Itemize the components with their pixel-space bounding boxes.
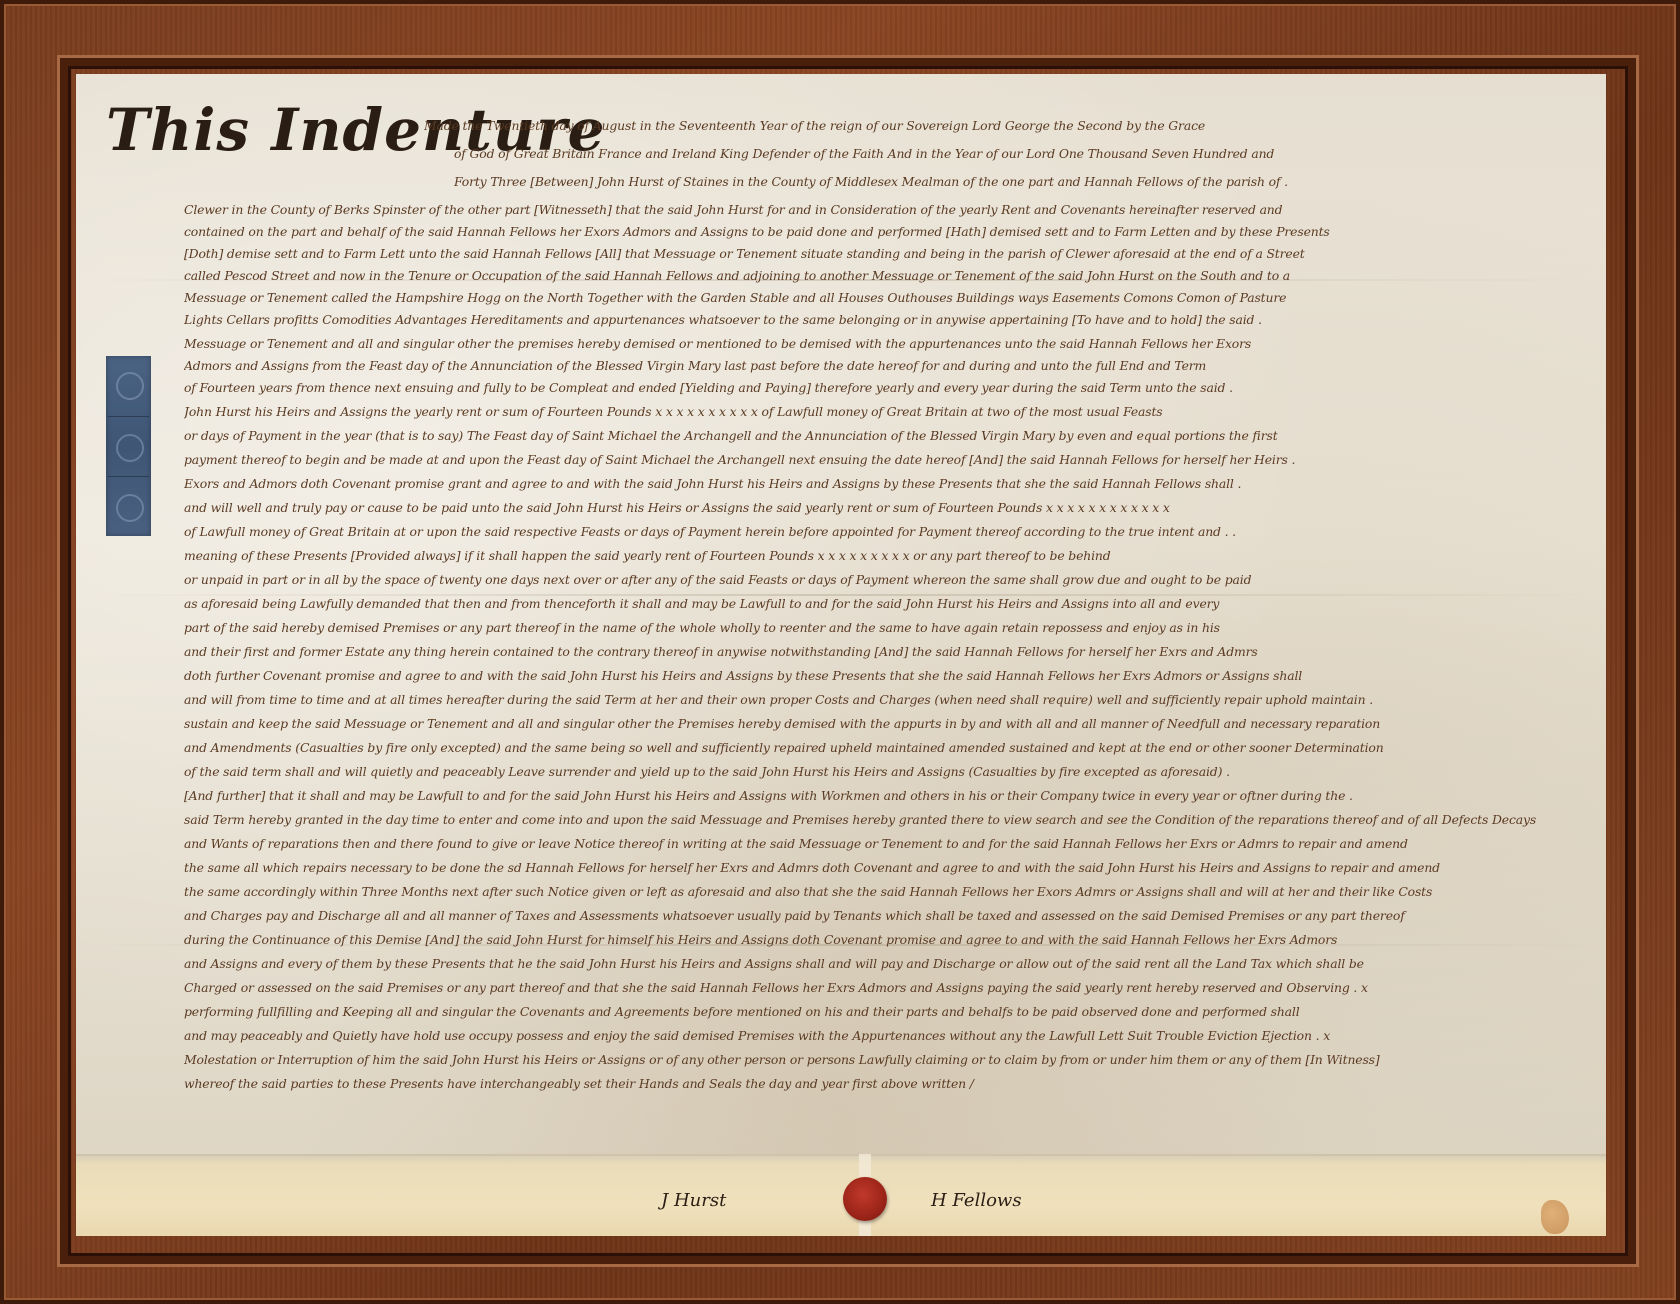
emboss-icon [116,372,144,400]
text-line: and Charges pay and Discharge all and al… [184,908,1584,923]
text-line: or unpaid in part or in all by the space… [184,572,1584,587]
text-line: the same accordingly within Three Months… [184,884,1584,899]
wax-seal [843,1177,887,1221]
text-line: John Hurst his Heirs and Assigns the yea… [184,404,1584,419]
signature-fellows: H Fellows [931,1190,1022,1211]
text-line: of God of Great Britain France and Irela… [454,146,1584,161]
text-line: of Lawfull money of Great Britain at or … [184,524,1584,539]
text-line: Admors and Assigns from the Feast day of… [184,358,1584,373]
text-line: Exors and Admors doth Covenant promise g… [184,476,1584,491]
emboss-icon [116,494,144,522]
text-line: Forty Three [Between] John Hurst of Stai… [454,174,1584,189]
parchment-document: This Indenture Made the Twentieth day of… [76,74,1606,1236]
text-line: of the said term shall and will quietly … [184,764,1584,779]
text-line: or days of Payment in the year (that is … [184,428,1584,443]
text-line: and Wants of reparations then and there … [184,836,1584,851]
emboss-icon [116,434,144,462]
text-line: and will from time to time and at all ti… [184,692,1584,707]
revenue-stamp [106,356,151,536]
text-line: of Fourteen years from thence next ensui… [184,380,1584,395]
text-line: performing fullfilling and Keeping all a… [184,1004,1584,1019]
text-line: whereof the said parties to these Presen… [184,1076,1584,1091]
stamp-divider [108,476,149,477]
text-line: as aforesaid being Lawfully demanded tha… [184,596,1584,611]
text-line: Lights Cellars profitts Comodities Advan… [184,312,1584,327]
text-line: said Term hereby granted in the day time… [184,812,1584,827]
parchment-turnup-fold [76,1154,1606,1236]
text-line: during the Continuance of this Demise [A… [184,932,1584,947]
text-line: called Pescod Street and now in the Tenu… [184,268,1584,283]
text-line: Made the Twentieth day of August in the … [424,118,1584,133]
text-line: Messuage or Tenement and all and singula… [184,336,1584,351]
text-line: sustain and keep the said Messuage or Te… [184,716,1584,731]
text-line: and Assigns and every of them by these P… [184,956,1584,971]
text-line: Molestation or Interruption of him the s… [184,1052,1584,1067]
stamp-divider [108,416,149,417]
text-line: and may peaceably and Quietly have hold … [184,1028,1584,1043]
text-line: Charged or assessed on the said Premises… [184,980,1584,995]
text-line: [Doth] demise sett and to Farm Lett unto… [184,246,1584,261]
wooden-frame: This Indenture Made the Twentieth day of… [0,0,1680,1304]
text-line: part of the said hereby demised Premises… [184,620,1584,635]
text-line: the same all which repairs necessary to … [184,860,1584,875]
text-line: [And further] that it shall and may be L… [184,788,1584,803]
text-line: and will well and truly pay or cause to … [184,500,1584,515]
text-line: meaning of these Presents [Provided alwa… [184,548,1584,563]
signature-hurst: J Hurst [661,1190,726,1211]
text-line: and Amendments (Casualties by fire only … [184,740,1584,755]
text-line: Messuage or Tenement called the Hampshir… [184,290,1584,305]
text-line: doth further Covenant promise and agree … [184,668,1584,683]
text-line: Clewer in the County of Berks Spinster o… [184,202,1584,217]
text-line: contained on the part and behalf of the … [184,224,1584,239]
text-line: payment thereof to begin and be made at … [184,452,1584,467]
text-line: and their first and former Estate any th… [184,644,1584,659]
wax-residue [1541,1200,1569,1234]
